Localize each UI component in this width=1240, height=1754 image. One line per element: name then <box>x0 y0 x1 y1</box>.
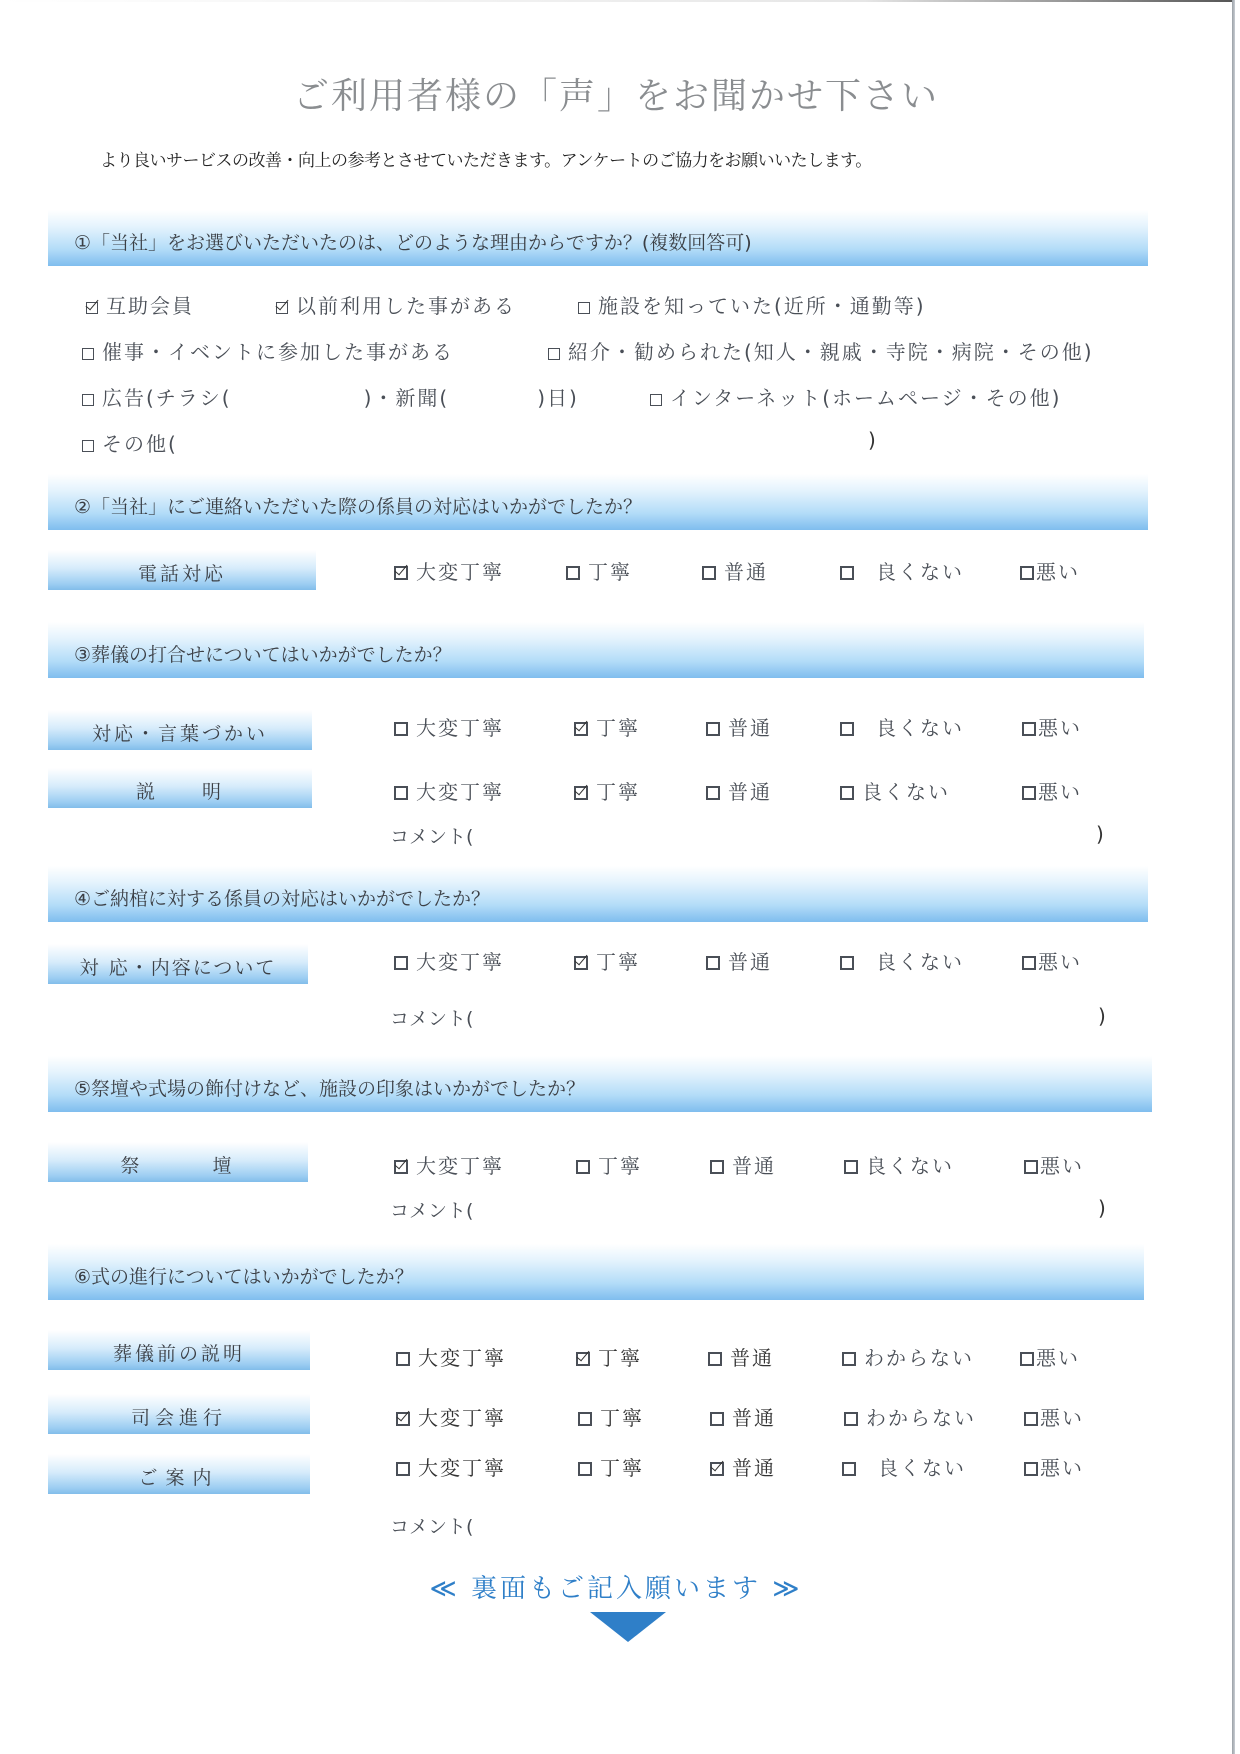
option-label: 悪い <box>1036 560 1080 584</box>
arrow-down-icon <box>590 1612 666 1642</box>
q3-row-1-option-1[interactable]: 丁寧 <box>574 776 640 805</box>
option-label: 大変丁寧 <box>418 1346 506 1370</box>
option-label: わからない <box>864 1346 974 1370</box>
q6-row-0-option-1[interactable]: 丁寧 <box>576 1342 642 1371</box>
option-label: 広告(チラシ( )・新聞( )日) <box>102 386 579 410</box>
option-label: 悪い <box>1038 780 1082 804</box>
option-label: 丁寧 <box>598 1346 642 1370</box>
q5-comment-close-paren: ) <box>1098 1196 1106 1220</box>
option-label: 悪い <box>1040 1154 1084 1178</box>
q4-header: ④ご納棺に対する係員の対応はいかがでしたか？ <box>48 866 1148 922</box>
q6-row-1-option-2[interactable]: 普通 <box>710 1402 776 1431</box>
q3-row-1-option-4[interactable]: 悪い <box>1022 776 1082 805</box>
q1-option-7[interactable]: その他( <box>82 428 178 457</box>
option-label: 大変丁寧 <box>416 780 504 804</box>
checkbox-icon[interactable] <box>844 1160 858 1174</box>
option-label: 大変丁寧 <box>416 716 504 740</box>
checkbox-checked-icon[interactable] <box>710 1462 724 1476</box>
q1-other-close-paren: ) <box>868 428 876 452</box>
option-label: 普通 <box>728 716 772 740</box>
q6-row-2-option-2[interactable]: 普通 <box>710 1452 776 1481</box>
q1-option-1[interactable]: 以前利用した事がある <box>276 290 516 319</box>
option-label: インターネット(ホームページ・その他) <box>670 386 1061 410</box>
checkbox-checked-icon[interactable] <box>276 302 288 314</box>
option-label: 催事・イベントに参加した事がある <box>102 340 454 364</box>
q1-header: ①「当社」をお選びいただいたのは、どのような理由からですか？(複数回答可) <box>48 210 1148 266</box>
checkbox-icon[interactable] <box>578 1462 592 1476</box>
q3-row-1-option-3[interactable]: 良くない <box>840 776 950 805</box>
q1-option-0[interactable]: 互助会員 <box>86 290 194 319</box>
checkbox-icon[interactable] <box>710 1160 724 1174</box>
page-title: ご利用者様の「声」をお聞かせ下さい <box>0 68 1232 119</box>
checkbox-icon[interactable] <box>844 1412 858 1426</box>
q1-option-4[interactable]: 紹介・勧められた(知人・親戚・寺院・病院・その他) <box>548 336 1094 365</box>
q5-header: ⑤祭壇や式場の飾付けなど、施設の印象はいかがでしたか？ <box>48 1056 1152 1112</box>
option-label: 大変丁寧 <box>416 560 504 584</box>
checkbox-icon[interactable] <box>1024 1462 1038 1476</box>
q2-row-0-option-2[interactable]: 普通 <box>702 556 768 585</box>
checkbox-icon[interactable] <box>396 1352 410 1366</box>
option-label: 悪い <box>1040 1406 1084 1430</box>
option-label: その他( <box>102 432 178 456</box>
option-label: 丁寧 <box>598 1154 642 1178</box>
q4-row-0-option-3[interactable]: 良くない <box>840 946 964 975</box>
option-label: 普通 <box>728 950 772 974</box>
q4-comment-close-paren: ) <box>1098 1004 1106 1028</box>
checkbox-checked-icon[interactable] <box>396 1412 410 1426</box>
q5-comment-field[interactable]: コメント( <box>390 1196 473 1223</box>
option-label: 普通 <box>732 1456 776 1480</box>
checkbox-icon[interactable] <box>1020 1352 1034 1366</box>
q6-row-2-option-4[interactable]: 悪い <box>1024 1452 1084 1481</box>
checkbox-icon[interactable] <box>394 956 408 970</box>
option-label: 普通 <box>724 560 768 584</box>
checkbox-icon[interactable] <box>840 956 854 970</box>
checkbox-icon[interactable] <box>548 348 560 360</box>
q6-row-0-option-2[interactable]: 普通 <box>708 1342 774 1371</box>
option-label: 大変丁寧 <box>418 1456 506 1480</box>
checkbox-icon[interactable] <box>1022 956 1036 970</box>
q3-row-0-option-2[interactable]: 普通 <box>706 712 772 741</box>
option-label: 丁寧 <box>596 780 640 804</box>
option-label: 大変丁寧 <box>418 1406 506 1430</box>
q6-row-0-label: 葬儀前の説明 <box>48 1330 310 1370</box>
q5-row-0-label: 祭 壇 <box>48 1142 308 1182</box>
checkbox-checked-icon[interactable] <box>574 786 588 800</box>
checkbox-icon[interactable] <box>840 786 854 800</box>
q6-row-1-option-1[interactable]: 丁寧 <box>578 1402 644 1431</box>
option-label: 普通 <box>728 780 772 804</box>
q5-header-text: ⑤祭壇や式場の飾付けなど、施設の印象はいかがでしたか？ <box>74 1078 585 1100</box>
checkbox-icon[interactable] <box>82 348 94 360</box>
q1-option-3[interactable]: 催事・イベントに参加した事がある <box>82 336 454 365</box>
q3-comment-field[interactable]: コメント( <box>390 822 473 849</box>
checkbox-icon[interactable] <box>842 1462 856 1476</box>
checkbox-icon[interactable] <box>82 440 94 452</box>
q3-row-1-option-2[interactable]: 普通 <box>706 776 772 805</box>
q3-comment-close-paren: ) <box>1096 822 1104 846</box>
checkbox-checked-icon[interactable] <box>576 1352 590 1366</box>
q4-row-0-label: 対 応・内容について <box>48 944 308 984</box>
q6-row-1-option-3[interactable]: わからない <box>844 1402 976 1431</box>
q4-header-text: ④ご納棺に対する係員の対応はいかがでしたか？ <box>74 888 490 910</box>
checkbox-checked-icon[interactable] <box>394 566 408 580</box>
q2-row-0-option-0[interactable]: 大変丁寧 <box>394 556 504 585</box>
q6-header: ⑥式の進行についてはいかがでしたか？ <box>48 1244 1144 1300</box>
q3-row-0-label: 対応・言葉づかい <box>48 710 312 750</box>
q5-row-0-option-0[interactable]: 大変丁寧 <box>394 1150 504 1179</box>
checkbox-icon[interactable] <box>840 722 854 736</box>
checkbox-icon[interactable] <box>1024 1160 1038 1174</box>
option-label: 良くない <box>876 950 964 974</box>
checkbox-icon[interactable] <box>578 1412 592 1426</box>
page-subtitle: より良いサービスの改善・向上の参考とさせていただきます。アンケートのご協力をお願… <box>100 146 872 171</box>
q6-header-text: ⑥式の進行についてはいかがでしたか？ <box>74 1266 414 1288</box>
checkbox-icon[interactable] <box>706 722 720 736</box>
q6-row-1-option-4[interactable]: 悪い <box>1024 1402 1084 1431</box>
option-label: 普通 <box>730 1346 774 1370</box>
q5-row-0-option-3[interactable]: 良くない <box>844 1150 954 1179</box>
q2-row-0-option-1[interactable]: 丁寧 <box>566 556 632 585</box>
checkbox-icon[interactable] <box>706 956 720 970</box>
q6-row-1-label: 司会進行 <box>48 1394 310 1434</box>
option-label: 丁寧 <box>596 716 640 740</box>
option-label: 丁寧 <box>588 560 632 584</box>
option-label: 普通 <box>732 1406 776 1430</box>
checkbox-icon[interactable] <box>394 722 408 736</box>
continue-on-back-notice: ≪ 裏面もご記入願います ≫ <box>0 1568 1232 1605</box>
option-label: 丁寧 <box>596 950 640 974</box>
q3-row-1-label: 説 明 <box>48 768 312 808</box>
option-label: 以前利用した事がある <box>296 294 516 318</box>
checkbox-icon[interactable] <box>1022 722 1036 736</box>
option-label: 互助会員 <box>106 294 194 318</box>
checkbox-icon[interactable] <box>1022 786 1036 800</box>
q4-comment-field[interactable]: コメント( <box>390 1004 473 1031</box>
q6-comment-field[interactable]: コメント( <box>390 1512 473 1539</box>
q6-row-2-option-3[interactable]: 良くない <box>842 1452 966 1481</box>
checkbox-icon[interactable] <box>708 1352 722 1366</box>
q5-row-0-option-2[interactable]: 普通 <box>710 1150 776 1179</box>
option-label: わからない <box>866 1406 976 1430</box>
q6-row-2-option-1[interactable]: 丁寧 <box>578 1452 644 1481</box>
option-label: 悪い <box>1038 950 1082 974</box>
q6-row-1-option-0[interactable]: 大変丁寧 <box>396 1402 506 1431</box>
q1-header-text: ①「当社」をお選びいただいたのは、どのような理由からですか？(複数回答可) <box>74 232 752 254</box>
option-label: 悪い <box>1036 1346 1080 1370</box>
q5-row-0-option-4[interactable]: 悪い <box>1024 1150 1084 1179</box>
checkbox-icon[interactable] <box>702 566 716 580</box>
option-label: 良くない <box>876 560 964 584</box>
q1-option-5[interactable]: 広告(チラシ( )・新聞( )日) <box>82 382 579 411</box>
checkbox-checked-icon[interactable] <box>574 956 588 970</box>
checkbox-icon[interactable] <box>842 1352 856 1366</box>
q1-option-2[interactable]: 施設を知っていた(近所・通勤等) <box>578 290 926 319</box>
q2-header-text: ②「当社」にご連絡いただいた際の係員の対応はいかがでしたか？ <box>74 496 642 518</box>
q3-row-0-option-3[interactable]: 良くない <box>840 712 964 741</box>
checkbox-icon[interactable] <box>710 1412 724 1426</box>
option-label: 紹介・勧められた(知人・親戚・寺院・病院・その他) <box>568 340 1094 364</box>
q2-row-0-label: 電話対応 <box>48 550 316 590</box>
option-label: 良くない <box>876 716 964 740</box>
checkbox-icon[interactable] <box>1024 1412 1038 1426</box>
option-label: 悪い <box>1038 716 1082 740</box>
option-label: 施設を知っていた(近所・通勤等) <box>598 294 926 318</box>
q4-row-0-option-0[interactable]: 大変丁寧 <box>394 946 504 975</box>
checkbox-icon[interactable] <box>650 394 662 406</box>
checkbox-icon[interactable] <box>82 394 94 406</box>
q2-header: ②「当社」にご連絡いただいた際の係員の対応はいかがでしたか？ <box>48 474 1148 530</box>
q4-row-0-option-1[interactable]: 丁寧 <box>574 946 640 975</box>
option-label: 大変丁寧 <box>416 1154 504 1178</box>
option-label: 良くない <box>866 1154 954 1178</box>
q6-row-0-option-4[interactable]: 悪い <box>1020 1342 1080 1371</box>
checkbox-checked-icon[interactable] <box>86 302 98 314</box>
q4-row-0-option-4[interactable]: 悪い <box>1022 946 1082 975</box>
option-label: 丁寧 <box>600 1456 644 1480</box>
q6-row-0-option-3[interactable]: わからない <box>842 1342 974 1371</box>
q3-header: ③葬儀の打合せについてはいかがでしたか？ <box>48 622 1144 678</box>
q6-row-2-option-0[interactable]: 大変丁寧 <box>396 1452 506 1481</box>
q3-row-0-option-0[interactable]: 大変丁寧 <box>394 712 504 741</box>
q6-row-0-option-0[interactable]: 大変丁寧 <box>396 1342 506 1371</box>
checkbox-checked-icon[interactable] <box>574 722 588 736</box>
scan-border-right <box>1232 0 1235 1754</box>
q2-row-0-option-4[interactable]: 悪い <box>1020 556 1080 585</box>
option-label: 悪い <box>1040 1456 1084 1480</box>
q1-option-6[interactable]: インターネット(ホームページ・その他) <box>650 382 1061 411</box>
checkbox-icon[interactable] <box>566 566 580 580</box>
q3-header-text: ③葬儀の打合せについてはいかがでしたか？ <box>74 644 452 666</box>
checkbox-checked-icon[interactable] <box>394 1160 408 1174</box>
scan-border-top <box>0 0 1235 2</box>
checkbox-icon[interactable] <box>1020 566 1034 580</box>
q3-row-0-option-4[interactable]: 悪い <box>1022 712 1082 741</box>
option-label: 普通 <box>732 1154 776 1178</box>
option-label: 良くない <box>862 780 950 804</box>
checkbox-icon[interactable] <box>840 566 854 580</box>
option-label: 丁寧 <box>600 1406 644 1430</box>
checkbox-icon[interactable] <box>396 1462 410 1476</box>
q6-row-2-label: ご案内 <box>48 1454 310 1494</box>
q3-row-1-option-0[interactable]: 大変丁寧 <box>394 776 504 805</box>
option-label: 良くない <box>878 1456 966 1480</box>
q5-row-0-option-1[interactable]: 丁寧 <box>576 1150 642 1179</box>
checkbox-icon[interactable] <box>706 786 720 800</box>
q4-row-0-option-2[interactable]: 普通 <box>706 946 772 975</box>
checkbox-icon[interactable] <box>576 1160 590 1174</box>
option-label: 大変丁寧 <box>416 950 504 974</box>
q3-row-0-option-1[interactable]: 丁寧 <box>574 712 640 741</box>
q2-row-0-option-3[interactable]: 良くない <box>840 556 964 585</box>
checkbox-icon[interactable] <box>394 786 408 800</box>
checkbox-icon[interactable] <box>578 302 590 314</box>
